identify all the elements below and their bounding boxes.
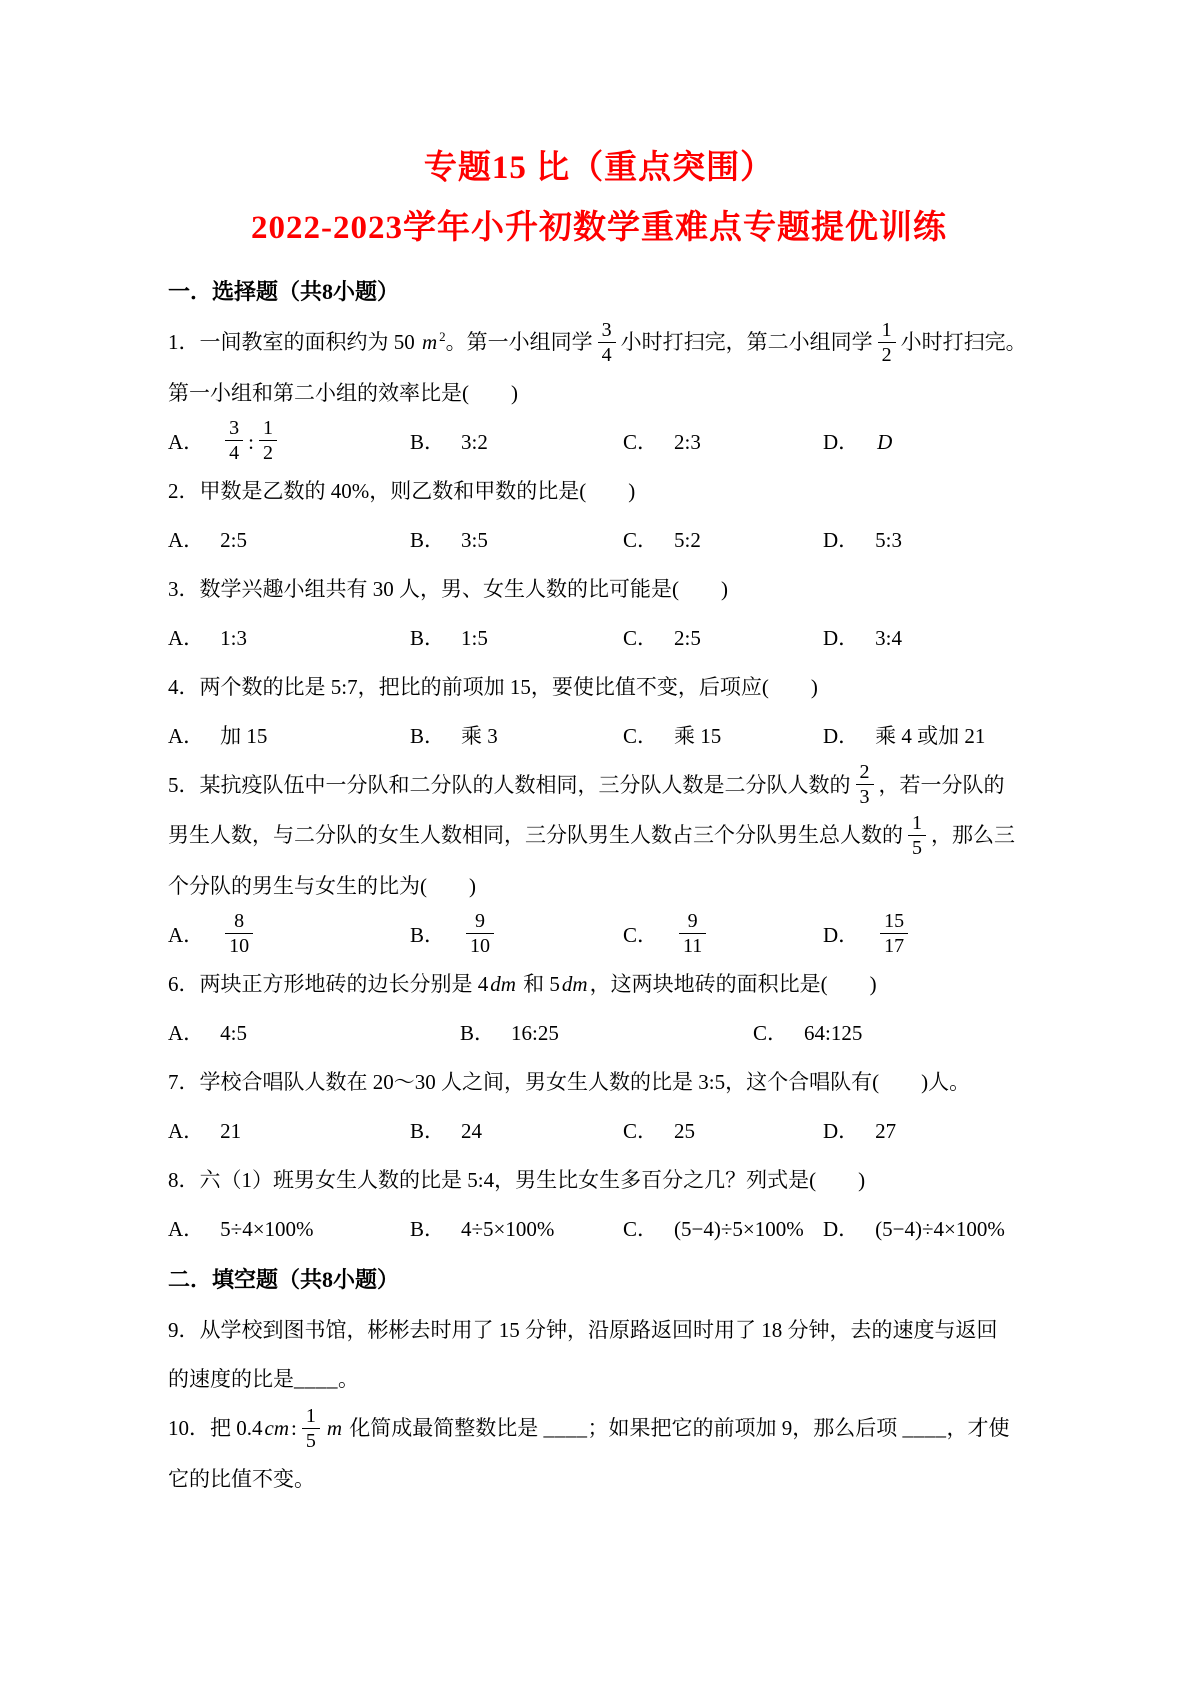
option-value: 5:3 (875, 516, 902, 565)
option-label: C． (623, 911, 658, 960)
math-variable: m (325, 1416, 344, 1440)
text-run: (5−4)÷5×100% (674, 1205, 804, 1254)
text-run: 5÷4×100% (220, 1205, 313, 1254)
option-label: A． (168, 712, 204, 761)
option-d: D．乘 4 或加 21 (823, 712, 1060, 761)
text-run: 3．数学兴趣小组共有 30 人，男、女生人数的比可能是( ) (168, 577, 728, 601)
option-c: C．2:5 (623, 614, 823, 663)
blank-line: ____ (903, 1416, 947, 1440)
text-run: 1:5 (461, 614, 488, 663)
option-value: 加 15 (220, 712, 267, 761)
option-label: D． (823, 911, 859, 960)
fraction-numerator: 1 (302, 1404, 320, 1428)
option-value: 1:5 (461, 614, 488, 663)
fraction: 34 (598, 318, 616, 367)
option-a: A．加 15 (168, 712, 410, 761)
worksheet-page: 专题15 比（重点突围） 2022-2023学年小升初数学重难点专题提优训练 一… (168, 0, 1060, 1504)
option-b: B．910 (410, 911, 623, 960)
fraction: 910 (466, 909, 494, 958)
option-label: C． (623, 712, 658, 761)
math-variable: m (420, 330, 439, 354)
fraction: 34 (225, 416, 243, 465)
option-label: C． (623, 1205, 658, 1254)
text-run: 1:3 (220, 614, 247, 663)
text-run: 7．学校合唱队人数在 20～30 人之间，男女生人数的比是 3:5，这个合唱队有… (168, 1070, 970, 1094)
option-value: 810 (220, 911, 258, 960)
option-value: 34:12 (220, 418, 282, 467)
text-run: 3:2 (461, 418, 488, 467)
option-value: 3:4 (875, 614, 902, 663)
question-paragraph: 4．两个数的比是 5:7，把比的前项加 15，要使比值不变，后项应( ) (168, 663, 1060, 712)
option-label: D． (823, 614, 859, 663)
option-label: A． (168, 1205, 204, 1254)
text-run: 21 (220, 1107, 241, 1156)
math-variable: dm (488, 972, 518, 996)
text-run: 。 (338, 1367, 359, 1391)
option-a: A．1:3 (168, 614, 410, 663)
text-run: 2:5 (220, 516, 247, 565)
text-run: 化简成最简整数比是 (344, 1416, 544, 1440)
options-row: A．21B．24C．25D．27 (168, 1107, 1060, 1156)
text-run: ；如果把它的前项加 9，那么后项 (588, 1416, 903, 1440)
question-paragraph: 6．两块正方形地砖的边长分别是 4dm 和 5dm，这两块地砖的面积比是( ) (168, 960, 1060, 1009)
options-row: A．5÷4×100%B．4÷5×100%C．(5−4)÷5×100%D．(5−4… (168, 1205, 1060, 1254)
text-run: 3:5 (461, 516, 488, 565)
text-run: 小时打扫完。 (901, 330, 1027, 354)
option-value: 4:5 (220, 1009, 247, 1058)
option-a: A．34:12 (168, 418, 410, 467)
option-b: B．24 (410, 1107, 623, 1156)
option-value: 24 (461, 1107, 482, 1156)
text-run: 加 15 (220, 712, 267, 761)
option-value: 5:2 (674, 516, 701, 565)
option-label: A． (168, 516, 204, 565)
fraction-numerator: 3 (225, 416, 243, 440)
option-c: C．25 (623, 1107, 823, 1156)
option-label: B． (410, 1205, 445, 1254)
text-run: 9．从学校到图书馆，彬彬去时用了 15 分钟，沿原路返回时用了 18 分钟，去的… (168, 1318, 998, 1342)
option-value: D (875, 418, 894, 467)
text-run: 乘 4 或加 21 (875, 712, 985, 761)
option-b: B．3:5 (410, 516, 623, 565)
text-run: 6．两块正方形地砖的边长分别是 4 (168, 972, 488, 996)
options-row: A．加 15B．乘 3C．乘 15D．乘 4 或加 21 (168, 712, 1060, 761)
option-label: B． (410, 712, 445, 761)
option-value: 27 (875, 1107, 896, 1156)
option-c: C．(5−4)÷5×100% (623, 1205, 823, 1254)
question-paragraph: 5．某抗疫队伍中一分队和二分队的人数相同，三分队人数是二分队人数的23，若一分队… (168, 761, 1060, 911)
text-run: 4:5 (220, 1009, 247, 1058)
text-run: ，这两块地砖的面积比是( ) (590, 972, 877, 996)
fraction: 1517 (880, 909, 908, 958)
question-paragraph: 8．六（1）班男女生人数的比是 5:4，男生比女生多百分之几？列式是( ) (168, 1156, 1060, 1205)
text-run: 个分队的男生与女生的比为( ) (168, 874, 476, 898)
option-value: 5÷4×100% (220, 1205, 313, 1254)
option-value: 乘 3 (461, 712, 498, 761)
option-label: A． (168, 911, 204, 960)
fraction-denominator: 11 (679, 933, 706, 958)
fraction: 911 (679, 909, 706, 958)
text-run: 小时打扫完，第二小组同学 (621, 330, 873, 354)
fraction-numerator: 9 (684, 909, 702, 933)
document-body: 一．选择题（共8小题）1．一间教室的面积约为 50 m2。第一小组同学34小时打… (168, 266, 1060, 1504)
option-b: B．3:2 (410, 418, 623, 467)
text-run: 1．一间教室的面积约为 50 (168, 330, 420, 354)
fraction-numerator: 9 (471, 909, 489, 933)
text-run: 男生人数，与二分队的女生人数相同，三分队男生人数占三个分队男生总人数的 (168, 823, 903, 847)
option-b: B．乘 3 (410, 712, 623, 761)
option-value: 910 (461, 911, 499, 960)
option-a: A．21 (168, 1107, 410, 1156)
options-row: A．810B．910C．911D．1517 (168, 911, 1060, 960)
question-paragraph: 1．一间教室的面积约为 50 m2。第一小组同学34小时打扫完，第二小组同学12… (168, 318, 1060, 418)
question-paragraph: 7．学校合唱队人数在 20～30 人之间，男女生人数的比是 3:5，这个合唱队有… (168, 1058, 1060, 1107)
option-d: D．D (823, 418, 1060, 467)
math-variable: D (875, 418, 894, 467)
option-value: 21 (220, 1107, 241, 1156)
text-run: 2:3 (674, 418, 701, 467)
option-label: B． (410, 418, 445, 467)
option-b: B．4÷5×100% (410, 1205, 623, 1254)
fraction-denominator: 2 (878, 342, 896, 367)
option-label: B． (460, 1009, 495, 1058)
fraction: 23 (856, 760, 874, 809)
fraction-denominator: 5 (908, 835, 926, 860)
option-label: D． (823, 516, 859, 565)
option-value: 16:25 (511, 1009, 559, 1058)
blank-line: ____ (294, 1367, 338, 1391)
text-run: 5．某抗疫队伍中一分队和二分队的人数相同，三分队人数是二分队人数的 (168, 773, 851, 797)
option-b: B．1:5 (410, 614, 623, 663)
option-c: C．911 (623, 911, 823, 960)
doc-title-line-2: 2022-2023学年小升初数学重难点专题提优训练 (168, 198, 1030, 258)
option-value: (5−4)÷5×100% (674, 1205, 804, 1254)
math-variable: cm (263, 1416, 292, 1440)
option-value: 3:5 (461, 516, 488, 565)
option-c: C．乘 15 (623, 712, 823, 761)
doc-title-line-1: 专题15 比（重点突围） (168, 138, 1030, 198)
option-c: C．5:2 (623, 516, 823, 565)
option-value: 911 (674, 911, 711, 960)
text-run: 乘 3 (461, 712, 498, 761)
fraction-denominator: 4 (225, 440, 243, 465)
option-label: C． (753, 1009, 788, 1058)
option-a: A．2:5 (168, 516, 410, 565)
option-label: A． (168, 418, 204, 467)
text-run: 3:4 (875, 614, 902, 663)
options-row: A．1:3B．1:5C．2:5D．3:4 (168, 614, 1060, 663)
fraction-denominator: 3 (856, 784, 874, 809)
option-c: C．64:125 (753, 1009, 1060, 1058)
fraction-numerator: 1 (878, 318, 896, 342)
text-run: 25 (674, 1107, 695, 1156)
text-run: 2:5 (674, 614, 701, 663)
option-label: A． (168, 1009, 204, 1058)
text-run: 4÷5×100% (461, 1205, 554, 1254)
option-label: D． (823, 1107, 859, 1156)
option-label: D． (823, 712, 859, 761)
text-run: 第一小组和第二小组的效率比是( ) (168, 381, 518, 405)
option-label: A． (168, 1107, 204, 1156)
option-value: 乘 4 或加 21 (875, 712, 985, 761)
question-paragraph: 3．数学兴趣小组共有 30 人，男、女生人数的比可能是( ) (168, 565, 1060, 614)
math-variable: dm (560, 972, 590, 996)
fraction-denominator: 10 (225, 933, 253, 958)
fraction-denominator: 10 (466, 933, 494, 958)
fraction-denominator: 2 (259, 440, 277, 465)
option-label: B． (410, 516, 445, 565)
option-value: 1:3 (220, 614, 247, 663)
option-label: C． (623, 1107, 658, 1156)
option-d: D．(5−4)÷4×100% (823, 1205, 1060, 1254)
option-value: 2:5 (674, 614, 701, 663)
text-run: 27 (875, 1107, 896, 1156)
option-label: B． (410, 1107, 445, 1156)
text-run: 和 5 (518, 972, 560, 996)
text-run: 乘 15 (674, 712, 721, 761)
option-label: C． (623, 614, 658, 663)
option-label: D． (823, 1205, 859, 1254)
options-row: A．2:5B．3:5C．5:2D．5:3 (168, 516, 1060, 565)
text-run: ，若一分队的 (879, 773, 1005, 797)
option-value: 4÷5×100% (461, 1205, 554, 1254)
section-heading: 一．选择题（共8小题） (168, 266, 1060, 318)
fraction-numerator: 15 (880, 909, 908, 933)
option-d: D．1517 (823, 911, 1060, 960)
option-label: C． (623, 418, 658, 467)
text-run: 。第一小组同学 (446, 330, 593, 354)
blank-line: ____ (544, 1416, 588, 1440)
fraction-denominator: 17 (880, 933, 908, 958)
option-a: A．5÷4×100% (168, 1205, 410, 1254)
option-value: 1517 (875, 911, 913, 960)
document-header: 专题15 比（重点突围） 2022-2023学年小升初数学重难点专题提优训练 (168, 138, 1060, 258)
fraction-denominator: 5 (302, 1428, 320, 1453)
option-label: C． (623, 516, 658, 565)
fraction-denominator: 4 (598, 342, 616, 367)
text-run: ，那么三 (931, 823, 1015, 847)
text-run: 8．六（1）班男女生人数的比是 5:4，男生比女生多百分之几？列式是( ) (168, 1168, 865, 1192)
text-run: (5−4)÷4×100% (875, 1205, 1005, 1254)
text-run: 5:3 (875, 516, 902, 565)
text-run: : (248, 418, 254, 467)
option-label: D． (823, 418, 859, 467)
option-c: C．2:3 (623, 418, 823, 467)
fraction: 15 (302, 1404, 320, 1453)
fraction-numerator: 8 (230, 909, 248, 933)
option-label: B． (410, 911, 445, 960)
fraction: 810 (225, 909, 253, 958)
fraction-numerator: 2 (856, 760, 874, 784)
text-run: 它的比值不变。 (168, 1467, 315, 1491)
fraction-numerator: 1 (259, 416, 277, 440)
text-run: 4．两个数的比是 5:7，把比的前项加 15，要使比值不变，后项应( ) (168, 675, 818, 699)
text-run: 24 (461, 1107, 482, 1156)
option-value: 乘 15 (674, 712, 721, 761)
option-d: D．5:3 (823, 516, 1060, 565)
option-d: D．27 (823, 1107, 1060, 1156)
text-run: 10．把 0.4 (168, 1416, 263, 1440)
fraction: 12 (878, 318, 896, 367)
text-run: ，才使 (947, 1416, 1010, 1440)
option-label: A． (168, 614, 204, 663)
question-paragraph: 10．把 0.4cm:15m 化简成最简整数比是 ____；如果把它的前项加 9… (168, 1404, 1060, 1504)
question-paragraph: 9．从学校到图书馆，彬彬去时用了 15 分钟，沿原路返回时用了 18 分钟，去的… (168, 1306, 1060, 1404)
fraction: 15 (908, 811, 926, 860)
text-run: 5:2 (674, 516, 701, 565)
option-value: (5−4)÷4×100% (875, 1205, 1005, 1254)
text-run: 2．甲数是乙数的 40%，则乙数和甲数的比是( ) (168, 479, 635, 503)
options-row: A．4:5B．16:25C．64:125 (168, 1009, 1060, 1058)
option-a: A．4:5 (168, 1009, 460, 1058)
section-heading: 二．填空题（共8小题） (168, 1254, 1060, 1306)
option-value: 3:2 (461, 418, 488, 467)
option-value: 2:5 (220, 516, 247, 565)
text-run: 64:125 (804, 1009, 862, 1058)
text-run: : (291, 1416, 297, 1440)
option-d: D．3:4 (823, 614, 1060, 663)
option-label: B． (410, 614, 445, 663)
text-run: 的速度的比是 (168, 1367, 294, 1391)
option-value: 2:3 (674, 418, 701, 467)
option-a: A．810 (168, 911, 410, 960)
fraction-numerator: 3 (598, 318, 616, 342)
question-paragraph: 2．甲数是乙数的 40%，则乙数和甲数的比是( ) (168, 467, 1060, 516)
option-b: B．16:25 (460, 1009, 753, 1058)
options-row: A．34:12B．3:2C．2:3D．D (168, 418, 1060, 467)
text-run: 16:25 (511, 1009, 559, 1058)
option-value: 25 (674, 1107, 695, 1156)
option-value: 64:125 (804, 1009, 862, 1058)
fraction: 12 (259, 416, 277, 465)
fraction-numerator: 1 (908, 811, 926, 835)
